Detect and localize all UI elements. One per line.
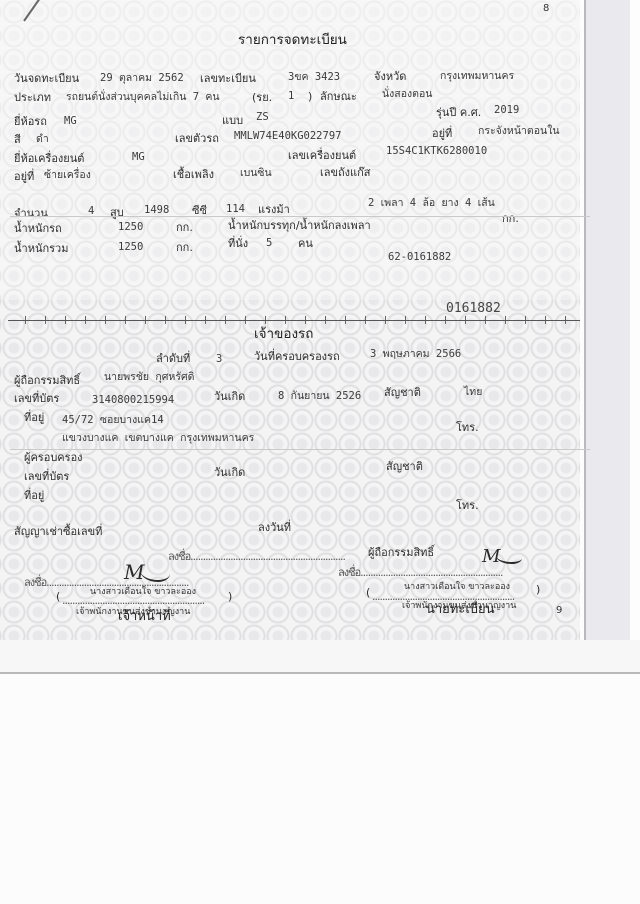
fuel-label: เชื้อเพลิง	[173, 168, 214, 181]
possessor-birth-label: วันเกิด	[214, 466, 245, 479]
type-label: ประเภท	[14, 91, 51, 104]
registrar-paren-open: (	[366, 586, 370, 599]
address-label: ที่อยู่	[24, 411, 44, 424]
registrar-signature-line: ลงชื่อ..................................…	[338, 566, 503, 579]
brand-label: ยี่ห้อรถ	[14, 115, 47, 128]
vehicle-weight: 1250	[118, 221, 143, 234]
axles-wheels: 2 เพลา 4 ล้อ ยาง 4 เส้น	[368, 197, 495, 210]
chassis-location: กระจังหน้าตอนใน	[478, 125, 560, 138]
birth-date: 8 กันยายน 2526	[278, 390, 361, 403]
engine-brand-label: ยี่ห้อเครื่องยนต์	[14, 152, 84, 165]
phone-label: โทร.	[456, 421, 479, 434]
scanned-page: 8 รายการจดทะเบียน วันจดทะเบียน 29 ตุลาคม…	[0, 0, 640, 904]
lease-contract-label: สัญญาเช่าซื้อเลขที่	[14, 525, 102, 538]
address-line-2: แขวงบางแค เขตบางแค กรุงเทพมหานคร	[62, 432, 254, 445]
type-code-prefix: (รย.	[252, 91, 272, 104]
horsepower: 114	[226, 203, 245, 216]
gross-weight-unit: กก.	[176, 241, 193, 254]
holder-name: นายพรชัย กุศหรัศดิ	[104, 371, 194, 384]
lease-date-label: ลงวันที่	[258, 521, 291, 534]
order-number: 3	[216, 353, 222, 366]
engine-number-label: เลขเครื่องยนต์	[288, 149, 356, 162]
seats-label: ที่นั่ง	[228, 237, 248, 250]
possessor-phone-label: โทร.	[456, 499, 479, 512]
engine-location-label: อยู่ที่	[14, 170, 34, 183]
section-separator	[8, 320, 580, 321]
officer-paren-close: )	[228, 590, 232, 603]
load-unit: กก.	[502, 212, 519, 225]
province-label: จังหวัด	[374, 70, 406, 83]
body-label: ลักษณะ	[320, 90, 357, 103]
possession-date: 3 พฤษภาคม 2566	[370, 348, 461, 361]
chassis-number: MMLW74E40KG022797	[234, 130, 341, 143]
serial-stamp: 0161882	[446, 302, 501, 315]
scan-edge-strip	[584, 0, 630, 640]
blank-area	[0, 674, 640, 904]
cylinders-label: จำนวน	[14, 207, 48, 220]
gas-tank-label: เลขถังแก๊ส	[320, 166, 371, 179]
possessor-id-label: เลขที่บัตร	[24, 470, 69, 483]
chassis-label: เลขตัวรถ	[175, 132, 219, 145]
seats: 5	[266, 237, 272, 250]
nationality: ไทย	[464, 386, 482, 399]
engine-number: 15S4C1KTK6280010	[386, 145, 487, 158]
registrar-paren-close: )	[536, 583, 540, 596]
brand: MG	[64, 115, 77, 128]
type-code-suffix: )	[308, 90, 312, 103]
page-number-top: 8	[543, 2, 549, 15]
type-code: 1	[288, 90, 294, 103]
order-label: ลำดับที่	[156, 352, 190, 365]
model-year-label: รุ่นปี ค.ศ.	[436, 106, 481, 119]
birth-label: วันเกิด	[214, 390, 245, 403]
nationality-label: สัญชาติ	[384, 386, 421, 399]
hp-unit: แรงม้า	[258, 203, 290, 216]
vehicle-type: รถยนต์นั่งส่วนบุคคลไม่เกิน 7 คน	[66, 91, 220, 104]
possessor-nationality-label: สัญชาติ	[386, 460, 423, 473]
chassis-location-label: อยู่ที่	[432, 127, 452, 140]
document-number: 62-0161882	[388, 251, 451, 264]
holder-signature-line: ลงชื่อ..................................…	[168, 550, 345, 563]
plate-label: เลขทะเบียน	[200, 72, 256, 85]
color-label: สี	[14, 133, 21, 146]
engine-location: ซ้ายเครื่อง	[44, 169, 91, 182]
gross-weight: 1250	[118, 241, 143, 254]
crease-line	[10, 216, 590, 217]
holder-signature-role: ผู้ถือกรรมสิทธิ์	[368, 546, 434, 559]
seats-unit: คน	[298, 237, 313, 250]
possessor-label: ผู้ครอบครอง	[24, 451, 83, 464]
sheet-bottom-edge	[0, 640, 640, 672]
model: ZS	[256, 111, 269, 124]
officer-paren-open: (	[56, 590, 60, 603]
holder-label: ผู้ถือกรรมสิทธิ์	[14, 374, 80, 387]
registrar-role: นายทะเบียน	[426, 603, 495, 616]
page-number-bottom: 9	[556, 604, 562, 617]
crease-line-2	[10, 449, 590, 450]
reg-date-label: วันจดทะเบียน	[14, 72, 79, 85]
engine-brand: MG	[132, 151, 145, 164]
gross-weight-label: น้ำหนักรวม	[14, 242, 68, 255]
model-year: 2019	[494, 104, 519, 117]
model-label: แบบ	[222, 114, 243, 127]
load-label: น้ำหนักบรรทุก/น้ำหนักลงเพลา	[228, 219, 371, 232]
weight-unit: กก.	[176, 221, 193, 234]
cylinders-unit: สูบ	[110, 206, 124, 219]
fuel: เบนซิน	[240, 167, 272, 180]
id-number: 3140800215994	[92, 394, 174, 407]
color: ดำ	[36, 133, 49, 146]
address-line-1: 45/72 ซอยบางแค14	[62, 414, 164, 427]
owner-title: เจ้าของรถ	[254, 328, 313, 341]
plate-number: 3ขค 3423	[288, 71, 340, 84]
province: กรุงเทพมหานคร	[440, 70, 514, 83]
officer-role: เจ้าหน้าที่	[118, 610, 171, 623]
weight-label: น้ำหนักรถ	[14, 222, 62, 235]
body-style: นั่งสองตอน	[382, 88, 432, 101]
possessor-address-label: ที่อยู่	[24, 489, 44, 502]
possession-date-label: วันที่ครอบครองรถ	[254, 350, 340, 363]
registration-title: รายการจดทะเบียน	[238, 34, 347, 47]
reg-date: 29 ตุลาคม 2562	[100, 72, 184, 85]
id-label: เลขที่บัตร	[14, 392, 59, 405]
